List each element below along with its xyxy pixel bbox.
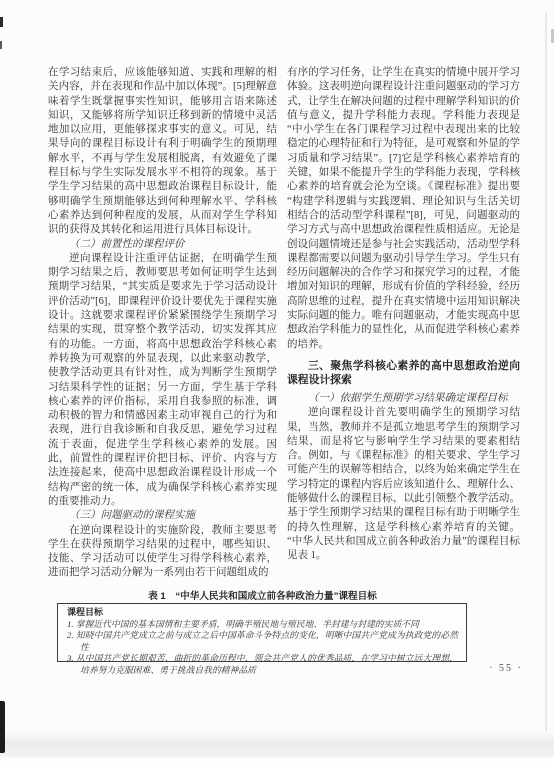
page-number: · 55 · bbox=[478, 663, 534, 674]
scan-edge-artifact bbox=[0, 701, 5, 753]
scanned-page: 在学习结束后，应该能够知道、实践和理解的相关内容，并在表现和作品中加以体现”。[… bbox=[0, 0, 554, 761]
paragraph-front-loaded-evaluation: 逆向课程设计注重评估证据，在明确学生预期学习结果之后，教师要思考如何证明学生达到… bbox=[48, 252, 277, 509]
right-column: 有序的学习任务，让学生在真实的情境中展开学习体验。这表明逆向课程设计注重问题驱动… bbox=[287, 66, 520, 564]
course-goals-table: 课程目标 1. 掌握近代中国的基本国情和主要矛盾，明确半殖民地与殖民地、半封建与… bbox=[57, 603, 467, 662]
paragraph-goal-design-continued: 在学习结束后，应该能够知道、实践和理解的相关内容，并在表现和作品中加以体现”。[… bbox=[48, 66, 277, 238]
scan-edge-artifact bbox=[0, 17, 3, 27]
table-row: 2. 知晓中国共产党成立之前与成立之后中国革命斗争特点的变化，明晰中国共产党成为… bbox=[67, 630, 458, 653]
paragraph-determine-goals: 逆向课程设计首先要明确学生的预期学习结果，当然，教师并不是孤立地思考学生的预期学… bbox=[287, 406, 520, 563]
table-row: 3. 从中国共产党长期艰苦、曲折的革命历程中，领会共产党人的优秀品质，在学习中树… bbox=[67, 653, 458, 676]
paragraph-implementation-stage: 在逆向课程设计的实施阶段，教师主要思考学生在获得预期学习结果的过程中，哪些知识、… bbox=[48, 524, 277, 581]
page-edge-shadow bbox=[545, 12, 547, 740]
scan-edge-artifact bbox=[0, 41, 2, 49]
paragraph-problem-driven-continued: 有序的学习任务，让学生在真实的情境中展开学习体验。这表明逆向课程设计注重问题驱动… bbox=[287, 66, 520, 352]
scan-bottom-band bbox=[0, 731, 554, 757]
table-header: 课程目标 bbox=[67, 607, 458, 619]
subheading-expected-results: （一）依据学生预期学习结果确定课程目标 bbox=[287, 392, 520, 406]
table-row: 1. 掌握近代中国的基本国情和主要矛盾，明确半殖民地与殖民地、半封建与封建的实质… bbox=[67, 619, 458, 631]
left-column: 在学习结束后，应该能够知道、实践和理解的相关内容，并在表现和作品中加以体现”。[… bbox=[48, 66, 277, 581]
section-heading-three: 三、聚焦学科核心素养的高中思想政治逆向课程设计探索 bbox=[287, 359, 520, 388]
table-caption: 表 1 “中华人民共和国成立前各种政治力量”课程目标 bbox=[57, 588, 468, 602]
heading-front-loaded-evaluation: （二）前置性的课程评价 bbox=[48, 238, 277, 252]
heading-problem-driven-implementation: （三）问题驱动的课程实施 bbox=[48, 509, 277, 523]
